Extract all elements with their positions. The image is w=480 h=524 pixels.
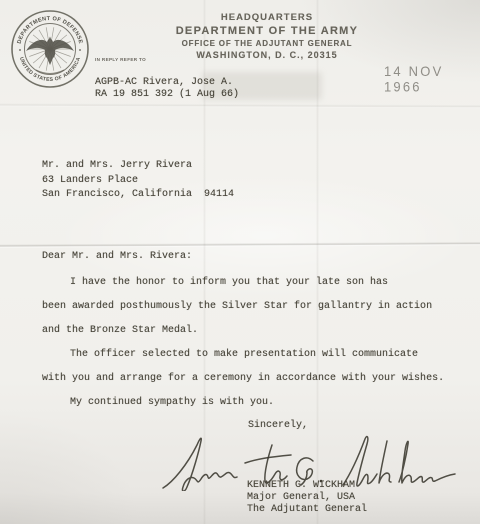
signature-name: KENNETH G. WICKHAM	[247, 480, 355, 492]
fold-crease-horizontal	[0, 242, 480, 249]
letterhead-line-4: WASHINGTON, D. C., 20315	[117, 50, 417, 60]
recipient-name: Mr. and Mrs. Jerry Rivera	[42, 160, 192, 172]
body-line-3: and the Bronze Star Medal.	[42, 325, 198, 337]
seal-eagle-icon	[26, 37, 74, 66]
scanned-letter: DEPARTMENT OF DEFENSE UNITED STATES OF A…	[0, 0, 480, 524]
date-stamp: 14 NOV 1966	[384, 63, 480, 95]
body-line-2: been awarded posthumously the Silver Sta…	[42, 301, 432, 313]
fold-crease-horizontal-faint	[0, 103, 480, 109]
body-line-5: with you and arrange for a ceremony in a…	[42, 373, 444, 385]
reply-refer-label: IN REPLY REFER TO	[95, 57, 146, 62]
signature-title: The Adjutant General	[247, 504, 367, 516]
recipient-street: 63 Landers Place	[42, 175, 138, 187]
salutation: Dear Mr. and Mrs. Rivera:	[42, 251, 192, 263]
letterhead-line-2: DEPARTMENT OF THE ARMY	[117, 25, 417, 37]
body-line-1: I have the honor to inform you that your…	[70, 277, 388, 289]
department-of-defense-seal-icon: DEPARTMENT OF DEFENSE UNITED STATES OF A…	[10, 9, 90, 89]
signature-rank: Major General, USA	[247, 492, 355, 504]
letterhead-line-3: OFFICE OF THE ADJUTANT GENERAL	[117, 39, 417, 48]
body-line-6: My continued sympathy is with you.	[70, 397, 274, 409]
reference-line-1: AGPB-AC Rivera, Jose A.	[95, 77, 233, 89]
body-line-4: The officer selected to make presentatio…	[70, 349, 418, 361]
letterhead-line-1: HEADQUARTERS	[117, 12, 417, 23]
reference-line-2: RA 19 851 392 (1 Aug 66)	[95, 89, 239, 101]
